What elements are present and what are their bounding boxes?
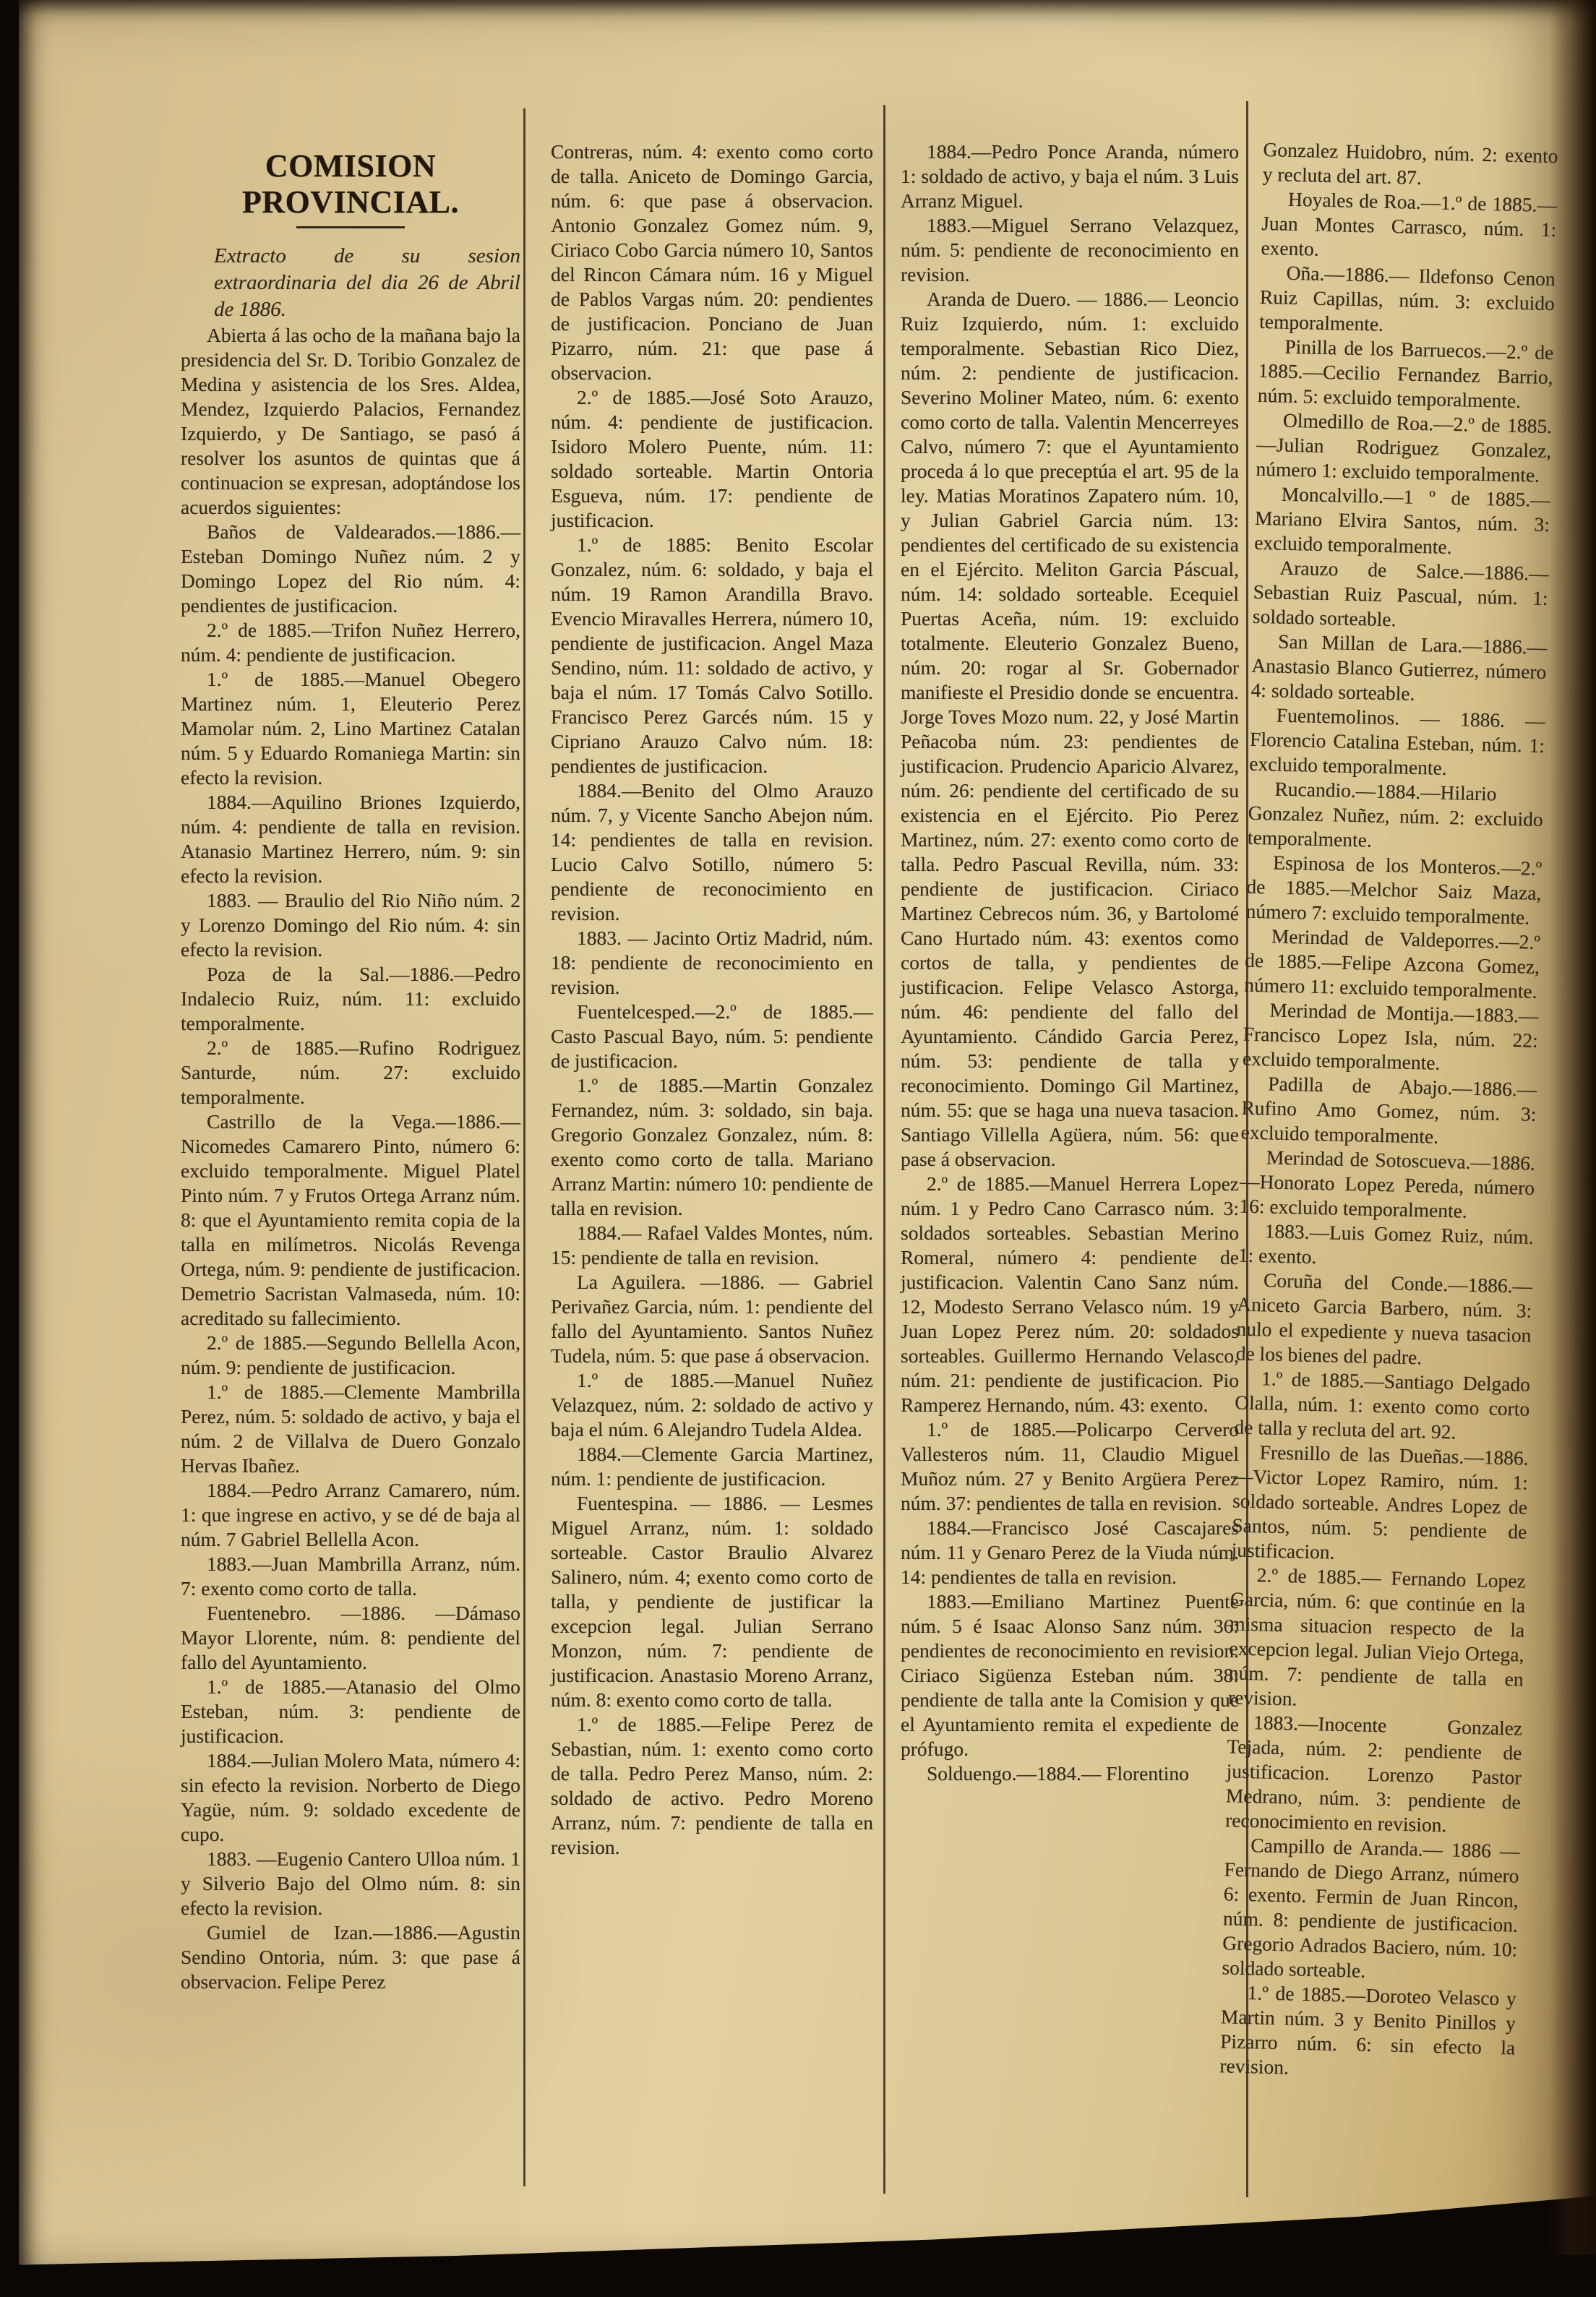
entry-paragraph: 1883. — Braulio del Rio Niño núm. 2 y Lo…: [181, 888, 520, 962]
entry-paragraph: 2.º de 1885.—José Soto Arauzo, núm. 4: p…: [551, 385, 873, 533]
heading-rule: [296, 226, 405, 228]
scan-background: { "theme": { "paper": "#dbc795", "ink": …: [0, 0, 1596, 2297]
entry-paragraph: 1.º de 1885.—Atanasio del Olmo Esteban, …: [181, 1675, 520, 1748]
entry-paragraph: Aranda de Duero. — 1886.— Leoncio Ruiz I…: [901, 287, 1239, 1172]
entry-paragraph: Merindad de Valdeporres.—2.º de 1885.—Fe…: [1244, 924, 1540, 1004]
session-subtitle: Extracto de su sesion extraordinaria del…: [181, 243, 520, 323]
entry-paragraph: 1883.—Juan Mambrilla Arranz, núm. 7: exe…: [181, 1552, 520, 1601]
entry-paragraph: 1883.—Inocente Gonzalez Tejada, núm. 2: …: [1225, 1709, 1523, 1839]
entry-paragraph: Gumiel de Izan.—1886.—Agustin Sendino On…: [181, 1920, 520, 1994]
entry-paragraph: Abierta á las ocho de la mañana bajo la …: [181, 323, 520, 520]
entry-paragraph: 1883.—Miguel Serrano Velazquez, núm. 5: …: [901, 213, 1239, 287]
entry-paragraph: 2.º de 1885.—Segundo Bellella Acon, núm.…: [181, 1331, 520, 1380]
entry-paragraph: 1.º de 1885.—Policarpo Cervero Vallester…: [901, 1417, 1239, 1516]
entry-paragraph: Rucandio.—1884.—Hilario Gonzalez Nuñez, …: [1248, 776, 1544, 856]
entry-paragraph: Fuentenebro. —1886. —Dámaso Mayor Lloren…: [181, 1601, 520, 1675]
entry-paragraph: 1.º de 1885.—Martin Gonzalez Fernandez, …: [551, 1073, 873, 1221]
entry-paragraph: Fuentelcesped.—2.º de 1885.— Casto Pascu…: [551, 1000, 873, 1073]
entry-paragraph: 1883. —Eugenio Cantero Ulloa núm. 1 y Si…: [181, 1847, 520, 1920]
entry-paragraph: 1884.—Francisco José Cascajares núm. 11 …: [901, 1516, 1239, 1589]
entry-paragraph: 2.º de 1885.—Manuel Herrera Lopez núm. 1…: [901, 1172, 1239, 1417]
text-column-1: COMISION PROVINCIAL. Extracto de su sesi…: [181, 148, 520, 1994]
entry-paragraph: 1884.—Clemente Garcia Martinez, núm. 1: …: [551, 1442, 873, 1491]
text-column-3: 1884.—Pedro Ponce Aranda, número 1: sold…: [901, 139, 1239, 1786]
section-heading: COMISION PROVINCIAL.: [181, 148, 520, 220]
entry-paragraph: 1883.—Luis Gomez Ruiz, núm. 1: exento.: [1238, 1219, 1534, 1274]
entry-paragraph: 1884.—Julian Molero Mata, número 4: sin …: [181, 1748, 520, 1847]
column-divider: [883, 105, 885, 2194]
entry-paragraph: 1.º de 1885.—Manuel Nuñez Velazquez, núm…: [551, 1368, 873, 1442]
text-column-4: Gonzalez Huidobro, núm. 2: exento y recl…: [1219, 137, 1558, 2085]
column-entries: Abierta á las ocho de la mañana bajo la …: [181, 323, 520, 1994]
entry-paragraph: Coruña del Conde.—1886.—Aniceto Garcia B…: [1235, 1268, 1532, 1373]
entry-paragraph: Fresnillo de las Dueñas.—1886. —Victor L…: [1231, 1440, 1529, 1569]
entry-paragraph: Castrillo de la Vega.—1886.— Nicomedes C…: [181, 1109, 520, 1331]
entry-paragraph: Arauzo de Salce.—1886.—Sebastian Ruiz Pa…: [1253, 555, 1549, 635]
entry-paragraph: 1884.—Pedro Ponce Aranda, número 1: sold…: [901, 139, 1239, 213]
entry-paragraph: Pinilla de los Barruecos.—2.º de 1885.—C…: [1258, 334, 1554, 414]
entry-paragraph: 1884.—Pedro Arranz Camarero, núm. 1: que…: [181, 1478, 520, 1552]
entry-paragraph: Baños de Valdearados.—1886.— Esteban Dom…: [181, 520, 520, 618]
entry-paragraph: Merindad de Montija.—1883.— Francisco Lo…: [1243, 997, 1539, 1078]
entry-paragraph: Hoyales de Roa.—1.º de 1885.— Juan Monte…: [1261, 186, 1557, 267]
text-column-2: Contreras, núm. 4: exento como corto de …: [551, 139, 873, 1860]
entry-paragraph: 2.º de 1885.—Trifon Nuñez Herrero, núm. …: [181, 618, 520, 667]
entry-paragraph: 1883.—Emiliano Martinez Puente núm. 5 é …: [901, 1589, 1239, 1761]
entry-paragraph: Oña.—1886.— Ildefonso Cenon Ruiz Capilla…: [1259, 260, 1556, 340]
entry-paragraph: 1.º de 1885.—Santiago Delgado Olalla, nú…: [1234, 1366, 1530, 1446]
entry-paragraph: Campillo de Aranda.— 1886 — Fernando de …: [1222, 1832, 1520, 1986]
entry-paragraph: 2.º de 1885.— Fernando Lopez Garcia, núm…: [1228, 1562, 1527, 1716]
column-entries: Gonzalez Huidobro, núm. 2: exento y recl…: [1219, 137, 1558, 2085]
entry-paragraph: 1884.—Benito del Olmo Arauzo núm. 7, y V…: [551, 778, 873, 926]
entry-paragraph: Merindad de Sotoscueva.—1886. —Honorato …: [1239, 1145, 1535, 1225]
book-edge-shadow: [1550, 0, 1596, 2255]
entry-paragraph: Padilla de Abajo.—1886.—Rufino Amo Gomez…: [1240, 1071, 1537, 1151]
column-divider: [523, 108, 525, 2186]
entry-paragraph: Contreras, núm. 4: exento como corto de …: [551, 139, 873, 385]
column-entries: 1884.—Pedro Ponce Aranda, número 1: sold…: [901, 139, 1239, 1786]
entry-paragraph: La Aguilera. —1886. — Gabriel Perivañez …: [551, 1270, 873, 1368]
entry-paragraph: Moncalvillo.—1 º de 1885.—Mariano Elvira…: [1254, 481, 1550, 562]
entry-paragraph: 1884.— Rafael Valdes Montes, núm. 15: pe…: [551, 1221, 873, 1270]
entry-paragraph: 1.º de 1885.—Doroteo Velasco y Martin nú…: [1219, 1980, 1516, 2085]
entry-paragraph: Espinosa de los Monteros.—2.º de 1885.—M…: [1245, 850, 1542, 930]
entry-paragraph: 2.º de 1885.—Rufino Rodriguez Santurde, …: [181, 1036, 520, 1109]
entry-paragraph: 1.º de 1885: Benito Escolar Gonzalez, nú…: [551, 533, 873, 778]
entry-paragraph: Fuentespina. — 1886. — Lesmes Miguel Arr…: [551, 1491, 873, 1712]
entry-paragraph: Poza de la Sal.—1886.—Pedro Indalecio Ru…: [181, 962, 520, 1036]
entry-paragraph: Fuentemolinos. — 1886. — Florencio Catal…: [1249, 703, 1545, 783]
entry-paragraph: Gonzalez Huidobro, núm. 2: exento y recl…: [1262, 137, 1558, 193]
entry-paragraph: Solduengo.—1884.— Florentino: [901, 1761, 1239, 1786]
entry-paragraph: Olmedillo de Roa.—2.º de 1885. —Julian R…: [1256, 408, 1552, 488]
entry-paragraph: 1884.—Aquilino Briones Izquierdo, núm. 4…: [181, 790, 520, 888]
entry-paragraph: 1883. — Jacinto Ortiz Madrid, núm. 18: p…: [551, 926, 873, 1000]
entry-paragraph: 1.º de 1885.—Clemente Mambrilla Perez, n…: [181, 1380, 520, 1478]
column-entries: Contreras, núm. 4: exento como corto de …: [551, 139, 873, 1860]
entry-paragraph: 1.º de 1885.—Felipe Perez de Sebastian, …: [551, 1712, 873, 1860]
entry-paragraph: 1.º de 1885.—Manuel Obegero Martinez núm…: [181, 667, 520, 790]
entry-paragraph: San Millan de Lara.—1886.— Anastasio Bla…: [1250, 629, 1547, 709]
